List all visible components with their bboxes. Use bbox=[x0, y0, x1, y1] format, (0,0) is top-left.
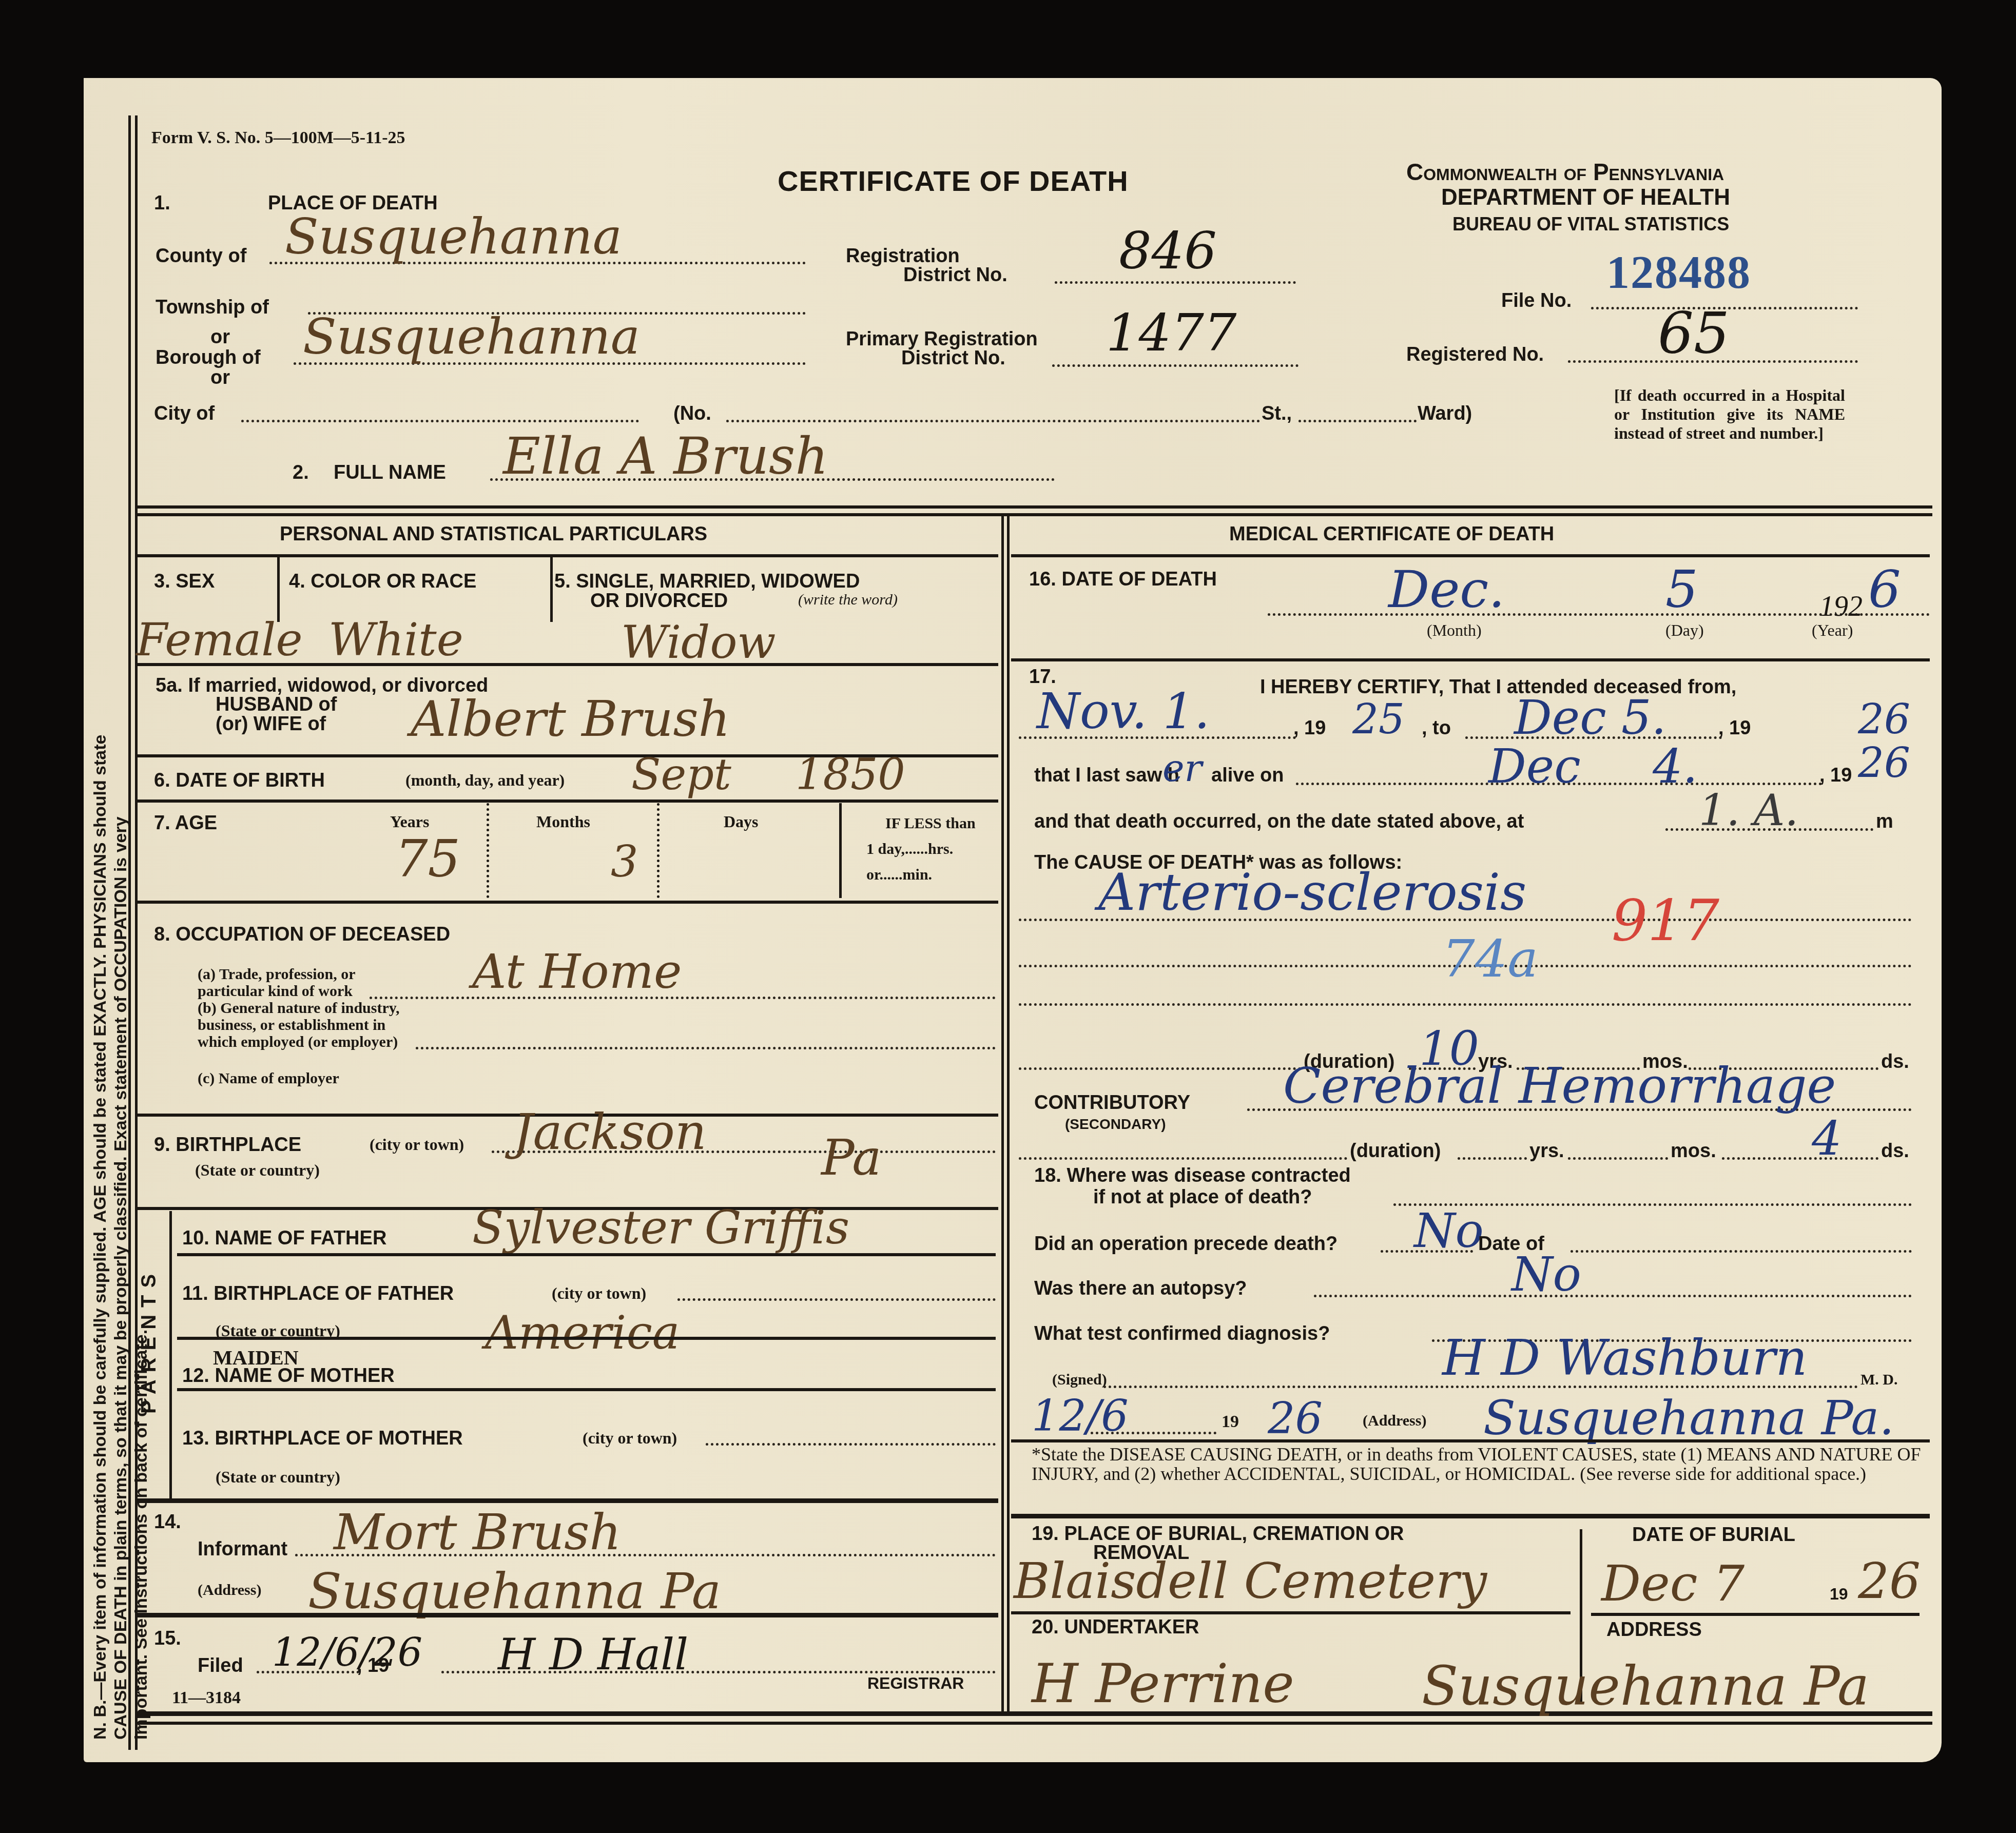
spouse-label: HUSBAND of bbox=[216, 694, 337, 716]
disease-contracted-label: 18. Where was disease contracted bbox=[1034, 1165, 1351, 1187]
attended-to-year[interactable]: 26 bbox=[1858, 695, 1910, 743]
row-rule bbox=[1011, 1611, 1571, 1614]
last-saw-label: that I last saw h bbox=[1034, 765, 1179, 787]
attended-to-value[interactable]: Dec 5. bbox=[1514, 690, 1666, 745]
cell-divider bbox=[277, 555, 280, 622]
marital-status-label: OR DIVORCED bbox=[590, 590, 728, 612]
md-label: M. D. bbox=[1860, 1371, 1897, 1389]
duration-days-label: ds. bbox=[1881, 1051, 1909, 1073]
row-rule bbox=[177, 1388, 996, 1391]
row-rule bbox=[136, 663, 998, 666]
attended-to-year-prefix: , 19 bbox=[1718, 717, 1751, 739]
signed-year-value[interactable]: 26 bbox=[1268, 1393, 1323, 1444]
burial-place-label: 19. PLACE OF BURIAL, CREMATION OR bbox=[1032, 1523, 1404, 1545]
occupation-a-label: (a) Trade, profession, or bbox=[198, 966, 356, 983]
form-number: Form V. S. No. 5—100M—5-11-25 bbox=[151, 128, 405, 148]
sex-value[interactable]: Female bbox=[136, 613, 302, 666]
cause-code-blue: 74a bbox=[1442, 929, 1538, 989]
occupation-b-label: which employed (or employer) bbox=[198, 1033, 398, 1051]
cause-line-3 bbox=[1019, 1003, 1912, 1006]
or-label: or bbox=[210, 326, 230, 348]
secondary-days-value[interactable]: 4 bbox=[1812, 1111, 1842, 1166]
father-birthplace-line bbox=[677, 1298, 996, 1301]
city-line bbox=[241, 420, 639, 422]
section-rule bbox=[136, 554, 998, 557]
filed-year-prefix: , 19 bbox=[357, 1655, 389, 1677]
father-birthplace-label: 11. BIRTHPLACE OF FATHER bbox=[182, 1283, 454, 1305]
secondary-years-line bbox=[1458, 1157, 1527, 1160]
spouse-label: (or) WIFE of bbox=[216, 713, 326, 735]
sex-label: 3. SEX bbox=[154, 571, 215, 593]
disease-contracted-label: if not at place of death? bbox=[1093, 1186, 1312, 1208]
age-years-value[interactable]: 75 bbox=[395, 829, 460, 889]
file-number-stamp[interactable]: 128488 bbox=[1606, 246, 1751, 299]
row-rule bbox=[1011, 1439, 1930, 1442]
street-no-line bbox=[726, 420, 1260, 422]
physician-signature[interactable]: H D Washburn bbox=[1442, 1329, 1807, 1387]
occupation-label: 8. OCCUPATION OF DECEASED bbox=[154, 924, 450, 946]
date-of-death-month[interactable]: Dec. bbox=[1388, 559, 1505, 619]
burial-date-label: DATE OF BURIAL bbox=[1632, 1524, 1795, 1546]
race-value[interactable]: White bbox=[328, 613, 463, 666]
birthplace-city-value[interactable]: Jackson bbox=[513, 1103, 707, 1161]
medical-certificate-heading: MEDICAL CERTIFICATE OF DEATH bbox=[1229, 523, 1554, 545]
street-no-label: (No. bbox=[673, 403, 711, 425]
mother-name-label: 12. NAME OF MOTHER bbox=[182, 1365, 395, 1387]
autopsy-value[interactable]: No bbox=[1511, 1247, 1581, 1302]
mother-birthplace-city-note: (city or town) bbox=[583, 1429, 677, 1448]
birthplace-label: 9. BIRTHPLACE bbox=[154, 1134, 301, 1156]
age-less-than-label: IF LESS than bbox=[885, 815, 976, 832]
full-name-value[interactable]: Ella A Brush bbox=[503, 426, 828, 486]
secondary-days-label: ds. bbox=[1881, 1140, 1909, 1162]
date-of-death-year-prefix: 192 bbox=[1819, 590, 1863, 623]
race-label: 4. COLOR OR RACE bbox=[289, 571, 476, 593]
item-2-number: 2. bbox=[293, 462, 309, 484]
burial-date-value[interactable]: Dec 7 bbox=[1601, 1555, 1744, 1612]
personal-particulars-heading: PERSONAL AND STATISTICAL PARTICULARS bbox=[280, 523, 707, 545]
burial-place-value[interactable]: Blaisdell Cemetery bbox=[1014, 1552, 1487, 1610]
autopsy-line bbox=[1314, 1295, 1912, 1297]
row-rule bbox=[1011, 658, 1930, 661]
item-15-number: 15. bbox=[154, 1628, 181, 1650]
registration-district-line bbox=[1055, 281, 1296, 284]
test-label: What test confirmed diagnosis? bbox=[1034, 1323, 1330, 1345]
full-name-label: FULL NAME bbox=[334, 462, 446, 484]
secondary-months-line bbox=[1568, 1157, 1668, 1160]
physician-address-label: (Address) bbox=[1363, 1412, 1426, 1430]
burial-year-value[interactable]: 26 bbox=[1858, 1552, 1921, 1610]
year-caption: (Year) bbox=[1812, 621, 1853, 640]
cause-of-death-value[interactable]: Arterio-sclerosis bbox=[1098, 862, 1526, 922]
burial-year-prefix: 19 bbox=[1830, 1585, 1848, 1604]
last-saw-year-prefix: , 19 bbox=[1819, 765, 1852, 787]
hospital-note: [If death occurred in a Hospital or Inst… bbox=[1614, 386, 1845, 443]
filed-date-value[interactable]: 12/6/26 bbox=[272, 1629, 422, 1675]
row-rule bbox=[177, 1253, 996, 1256]
father-name-label: 10. NAME OF FATHER bbox=[182, 1227, 386, 1250]
marital-status-label: 5. SINGLE, MARRIED, WIDOWED bbox=[554, 571, 860, 593]
certificate-title: CERTIFICATE OF DEATH bbox=[778, 164, 1129, 198]
date-of-death-label: 16. DATE OF DEATH bbox=[1029, 569, 1217, 591]
occupation-b-line bbox=[416, 1047, 996, 1049]
item-1-number: 1. bbox=[154, 192, 170, 215]
mother-birthplace-state-note: (State or country) bbox=[216, 1468, 340, 1487]
informant-label: Informant bbox=[198, 1538, 287, 1561]
registrar-signature[interactable]: H D Hall bbox=[498, 1629, 688, 1680]
parents-side-label: PARENTS bbox=[138, 1267, 161, 1414]
secondary-months-label: mos. bbox=[1671, 1140, 1716, 1162]
informant-value[interactable]: Mort Brush bbox=[334, 1504, 621, 1561]
spouse-value[interactable]: Albert Brush bbox=[411, 690, 730, 748]
undertaker-address-label: ADDRESS bbox=[1606, 1619, 1702, 1641]
row-rule bbox=[177, 1337, 996, 1340]
death-time-suffix: m bbox=[1876, 811, 1893, 833]
contributory-label: CONTRIBUTORY bbox=[1034, 1092, 1190, 1114]
row-rule bbox=[136, 1613, 998, 1617]
age-divider bbox=[839, 803, 842, 898]
occupation-c-label: (c) Name of employer bbox=[198, 1070, 339, 1087]
ward-line bbox=[1298, 420, 1417, 422]
occupation-a-line bbox=[370, 997, 996, 999]
cause-footnote: *State the DISEASE CAUSING DEATH, or in … bbox=[1032, 1445, 1925, 1484]
side-note: N. B.—Every item of information should b… bbox=[90, 735, 151, 1740]
township-label: Township of bbox=[156, 297, 269, 319]
borough-label: Borough of bbox=[156, 347, 261, 369]
mother-birthplace-line bbox=[706, 1443, 996, 1446]
age-months-value[interactable]: 3 bbox=[611, 836, 638, 887]
last-saw-alive-label: alive on bbox=[1211, 765, 1284, 787]
item-14-number: 14. bbox=[154, 1511, 181, 1533]
borough-value[interactable]: Susquehanna bbox=[303, 308, 640, 365]
dob-month-value[interactable]: Sept bbox=[631, 749, 731, 800]
ward-label: Ward) bbox=[1418, 403, 1472, 425]
last-saw-day[interactable]: 4. bbox=[1653, 739, 1698, 794]
month-caption: (Month) bbox=[1427, 621, 1482, 640]
occupation-a-label: particular kind of work bbox=[198, 983, 353, 1000]
side-note-line: important. See instructions on back of c… bbox=[131, 735, 151, 1740]
last-saw-month[interactable]: Dec bbox=[1488, 739, 1581, 794]
row-rule bbox=[136, 800, 998, 803]
occupation-b-label: (b) General nature of industry, bbox=[198, 1000, 400, 1017]
secondary-duration-label: (duration) bbox=[1350, 1140, 1441, 1162]
header-divider bbox=[136, 505, 1932, 509]
age-minutes-label: or......min. bbox=[866, 866, 932, 884]
father-birthplace-value[interactable]: America bbox=[485, 1306, 680, 1360]
issuer-commonwealth: Commonwealth of Pennsylvania bbox=[1406, 158, 1724, 186]
signed-year-prefix: 19 bbox=[1222, 1412, 1239, 1432]
age-label: 7. AGE bbox=[154, 812, 217, 834]
row-rule bbox=[1011, 1514, 1930, 1518]
signed-date-line bbox=[1091, 1432, 1216, 1434]
secondary-label: (SECONDARY) bbox=[1065, 1116, 1166, 1133]
row-rule bbox=[136, 901, 998, 904]
secondary-duration-lead-line bbox=[1019, 1157, 1347, 1160]
parents-bracket bbox=[169, 1211, 172, 1498]
dob-note: (month, day, and year) bbox=[405, 771, 565, 790]
side-note-line: CAUSE OF DEATH in plain terms, so that i… bbox=[110, 735, 131, 1740]
age-days-label: Days bbox=[724, 812, 759, 831]
informant-address-value[interactable]: Susquehanna Pa bbox=[308, 1563, 721, 1620]
registration-district-value[interactable]: 846 bbox=[1119, 221, 1217, 281]
to-label: , to bbox=[1422, 717, 1451, 739]
death-occurred-label: and that death occurred, on the date sta… bbox=[1034, 811, 1524, 833]
cell-divider bbox=[550, 555, 553, 622]
column-divider bbox=[1001, 516, 1004, 1711]
registered-number-value[interactable]: 65 bbox=[1658, 300, 1730, 366]
primary-registration-value[interactable]: 1477 bbox=[1106, 303, 1237, 363]
father-birthplace-city-note: (city or town) bbox=[552, 1284, 646, 1303]
row-rule bbox=[136, 1498, 998, 1503]
duration-lead-line bbox=[1019, 1067, 1301, 1070]
bottom-rule bbox=[136, 1722, 1932, 1725]
filed-label: Filed bbox=[198, 1655, 243, 1677]
age-hours-label: 1 day,......hrs. bbox=[866, 841, 953, 858]
attended-from-value[interactable]: Nov. 1. bbox=[1037, 682, 1210, 740]
side-note-line: N. B.—Every item of information should b… bbox=[90, 735, 110, 1740]
issuer-department: DEPARTMENT OF HEALTH bbox=[1441, 185, 1730, 210]
signed-label: (Signed) bbox=[1052, 1371, 1107, 1389]
contributory-value[interactable]: Cerebral Hemorrhage bbox=[1283, 1057, 1836, 1115]
operation-date-line bbox=[1571, 1250, 1912, 1253]
mother-birthplace-label: 13. BIRTHPLACE OF MOTHER bbox=[182, 1428, 463, 1450]
birthplace-state-value[interactable]: Pa bbox=[821, 1129, 882, 1186]
registration-district-label: District No. bbox=[903, 264, 1007, 286]
birthplace-state-note: (State or country) bbox=[195, 1161, 320, 1180]
marital-status-note: (write the word) bbox=[798, 591, 898, 609]
day-caption: (Day) bbox=[1665, 621, 1704, 640]
attended-from-year-prefix: , 19 bbox=[1293, 717, 1326, 739]
undertaker-address-value[interactable]: Susquehanna Pa bbox=[1422, 1655, 1869, 1718]
undertaker-label: 20. UNDERTAKER bbox=[1032, 1616, 1199, 1639]
last-saw-pronoun[interactable]: er bbox=[1162, 747, 1202, 790]
occupation-a-value[interactable]: At Home bbox=[472, 944, 682, 999]
informant-address-label: (Address) bbox=[198, 1582, 261, 1599]
attended-from-year[interactable]: 25 bbox=[1352, 695, 1405, 743]
date-of-death-year[interactable]: 6 bbox=[1868, 559, 1901, 619]
column-divider bbox=[1007, 516, 1010, 1711]
dob-label: 6. DATE OF BIRTH bbox=[154, 770, 325, 792]
death-time-value[interactable]: 1. A. bbox=[1699, 785, 1798, 835]
secondary-days-line bbox=[1722, 1157, 1878, 1160]
issuer-bureau: BUREAU OF VITAL STATISTICS bbox=[1452, 213, 1729, 235]
autopsy-label: Was there an autopsy? bbox=[1034, 1278, 1247, 1300]
county-value[interactable]: Susquehanna bbox=[285, 208, 622, 265]
date-of-death-day[interactable]: 5 bbox=[1665, 559, 1698, 619]
operation-label: Did an operation precede death? bbox=[1034, 1233, 1337, 1255]
father-name-value[interactable]: Sylvester Griffis bbox=[472, 1201, 849, 1255]
file-number-label: File No. bbox=[1501, 290, 1572, 312]
age-months-label: Months bbox=[536, 812, 590, 831]
occupation-b-label: business, or establishment in bbox=[198, 1017, 385, 1034]
or-label: or bbox=[210, 367, 230, 389]
registrar-label: REGISTRAR bbox=[867, 1674, 964, 1693]
last-saw-year[interactable]: 26 bbox=[1858, 739, 1910, 787]
cause-code-red: 917 bbox=[1612, 888, 1719, 953]
marital-status-value[interactable]: Widow bbox=[621, 616, 776, 669]
birthplace-city-note: (city or town) bbox=[370, 1135, 464, 1154]
registered-number-label: Registered No. bbox=[1406, 344, 1544, 366]
age-divider bbox=[487, 803, 489, 898]
city-label: City of bbox=[154, 403, 215, 425]
county-label: County of bbox=[156, 245, 246, 267]
undertaker-value[interactable]: H Perrine bbox=[1032, 1652, 1294, 1715]
section-rule bbox=[1011, 554, 1930, 557]
physician-address-value[interactable]: Susquehanna Pa. bbox=[1483, 1391, 1894, 1446]
street-label: St., bbox=[1262, 403, 1292, 425]
print-code: 11—3184 bbox=[172, 1688, 241, 1708]
secondary-years-label: yrs. bbox=[1529, 1140, 1564, 1162]
dob-year-value[interactable]: 1850 bbox=[796, 749, 905, 800]
operation-value[interactable]: No bbox=[1414, 1203, 1484, 1258]
primary-registration-label: District No. bbox=[901, 347, 1005, 369]
header-divider bbox=[136, 513, 1932, 516]
primary-registration-line bbox=[1052, 364, 1298, 367]
age-divider bbox=[657, 803, 660, 898]
row-rule bbox=[1591, 1613, 1920, 1616]
